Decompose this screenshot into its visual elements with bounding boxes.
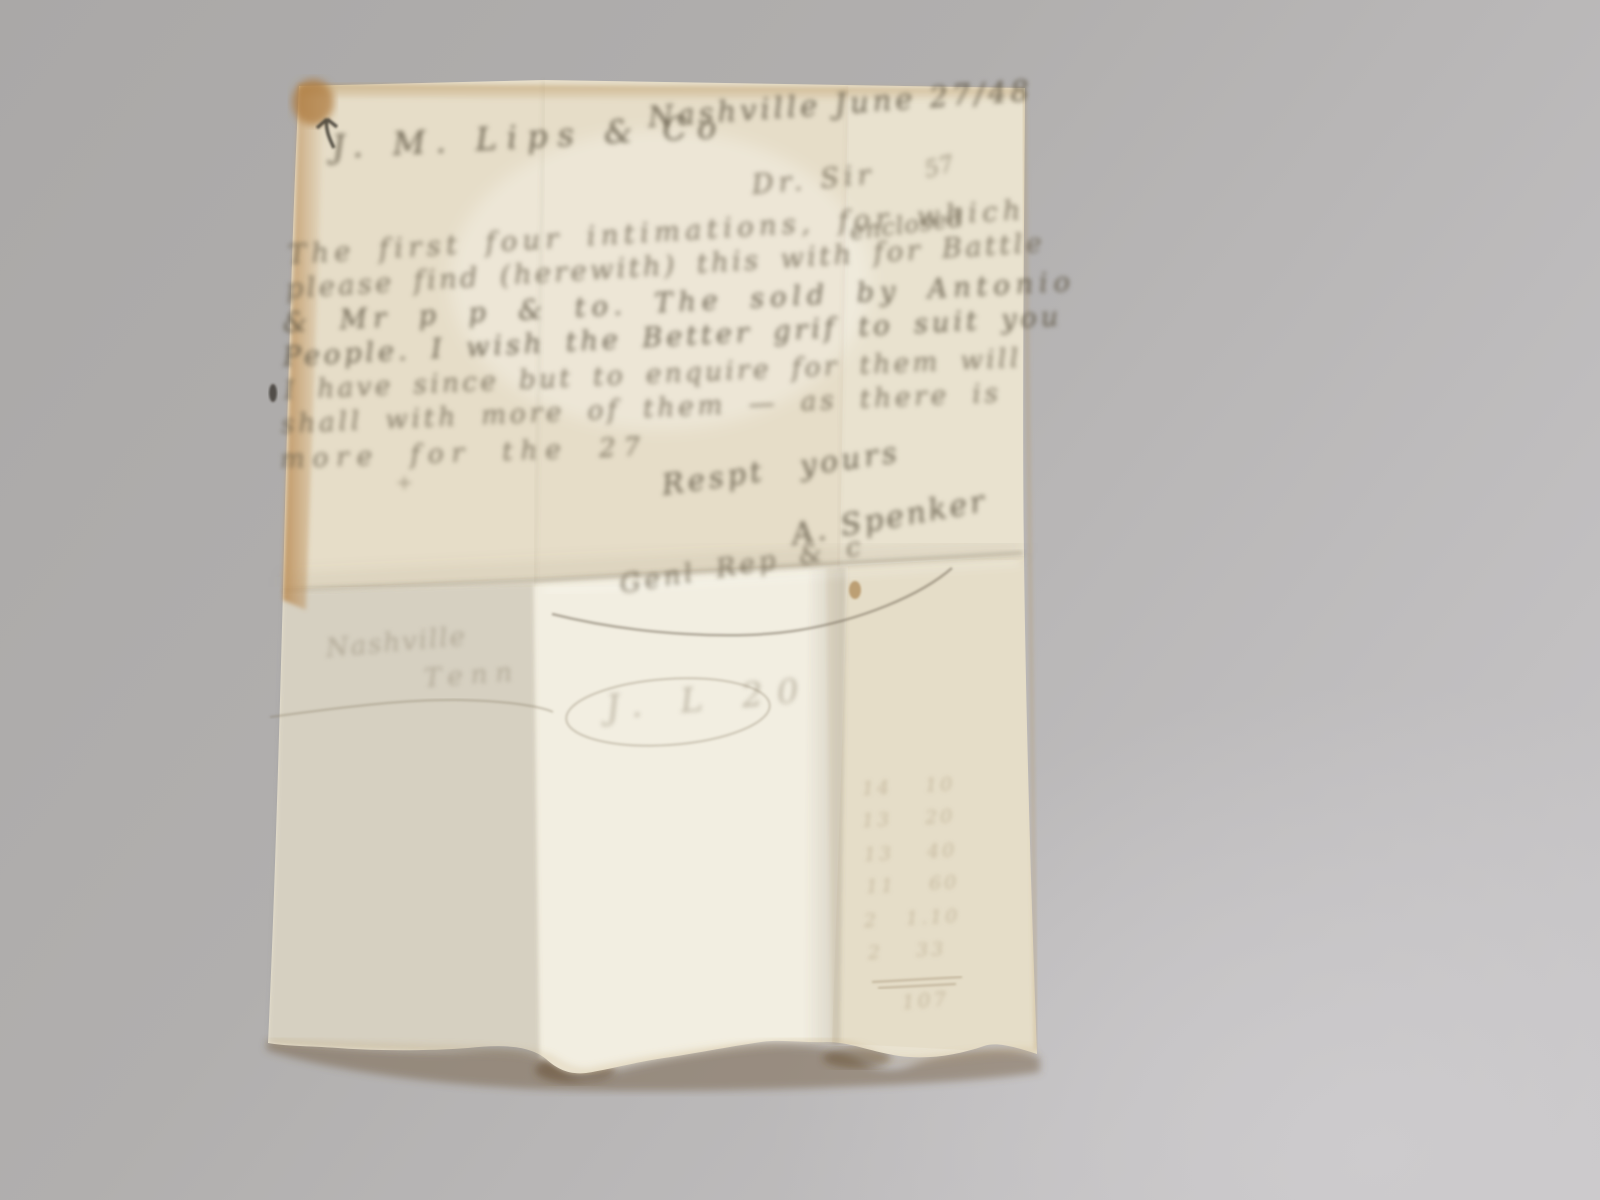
fold-band-vertical <box>804 568 846 1044</box>
rust-speck <box>849 581 861 599</box>
figure-row-6: 2 33 <box>867 938 946 964</box>
letter-photo: Nashville June 27/48 J. M. Lips & Co Dr.… <box>0 0 1600 1200</box>
figure-total: 107 <box>901 987 950 1014</box>
ink-blot <box>269 384 277 402</box>
cross-mark: + <box>396 470 413 494</box>
aged-corner-blob <box>292 79 334 125</box>
lower-middle-panel <box>534 568 832 1073</box>
